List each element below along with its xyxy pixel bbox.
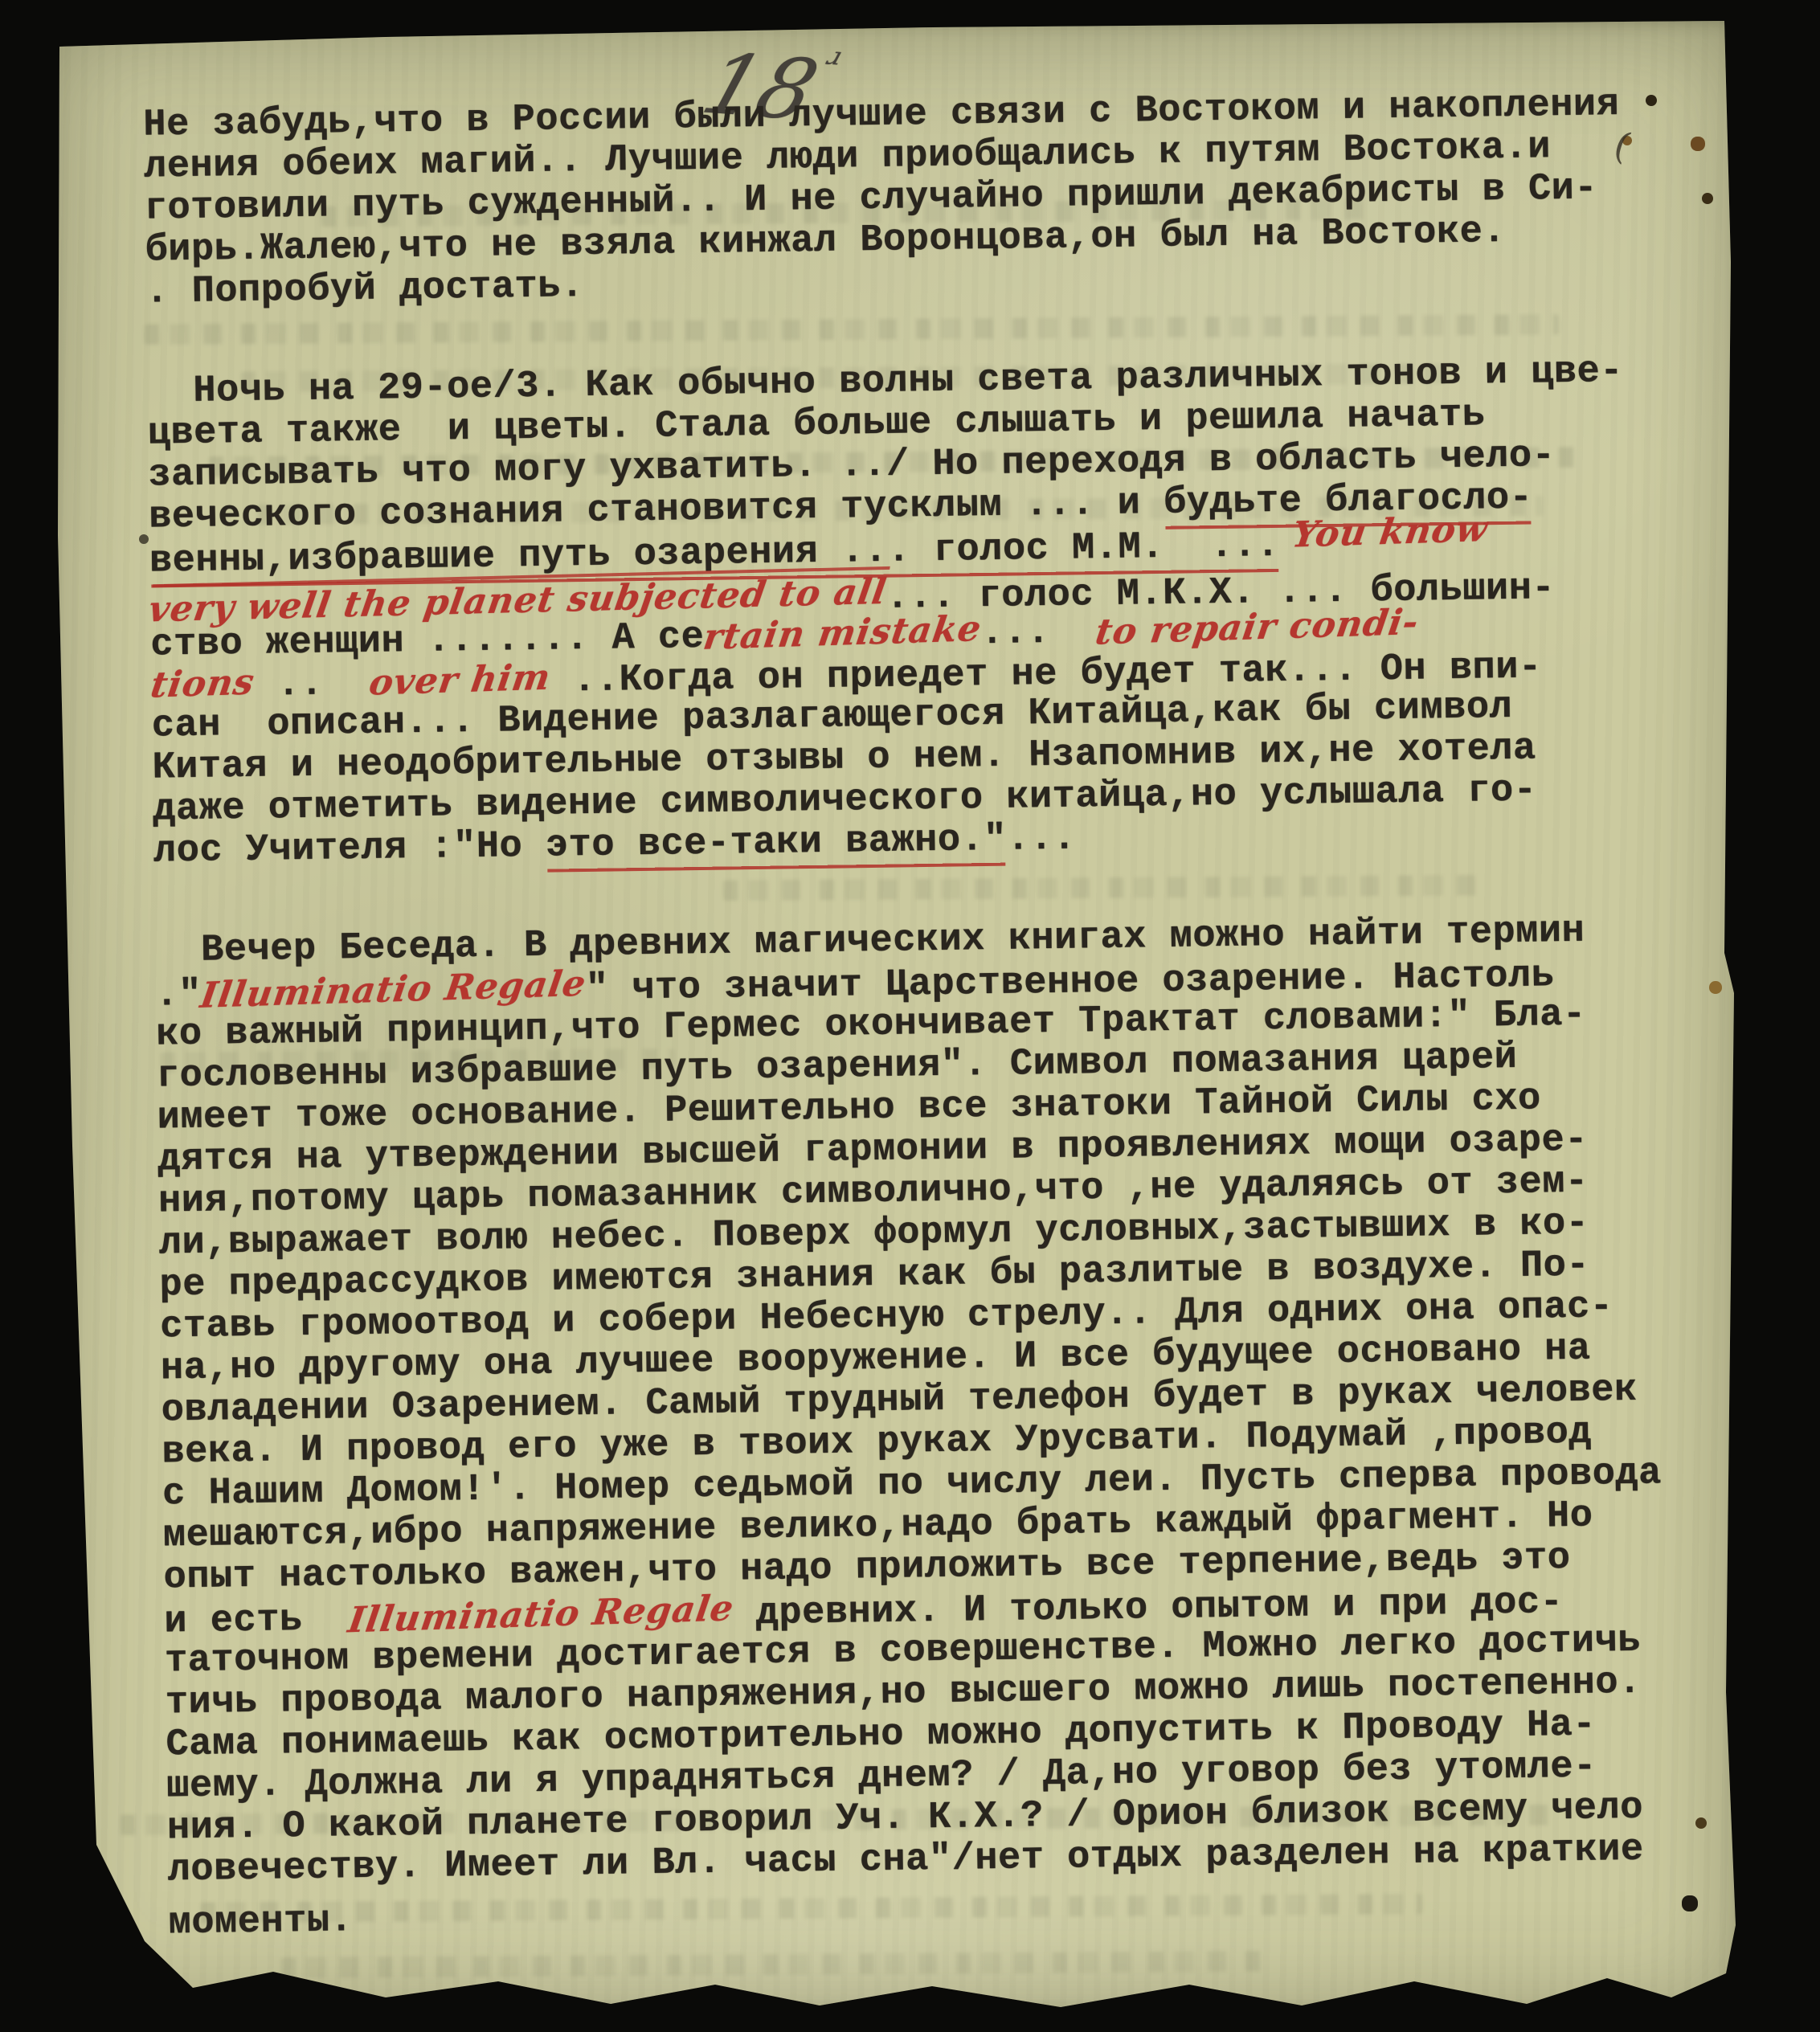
scanned-document-page: { "page_number": "18", "colors": { "back… (0, 0, 1820, 2032)
paragraph: Ночь на 29-ое/3. Как обычно волны света … (147, 350, 1713, 873)
paper-sheet: 18ʴ Не забудь,что в России были лучшие с… (48, 21, 1740, 2015)
paragraph: Вечер Беседа. В древних магических книга… (154, 909, 1727, 1944)
text-line: моменты. (168, 1881, 1728, 1944)
red-handwriting: rtain mistake (701, 608, 984, 659)
typed-segment: ." (155, 974, 202, 1017)
paragraph: Не забудь,что в России были лучшие связи… (143, 83, 1704, 313)
typed-segment: лос Учителя :"Но (153, 825, 546, 873)
red-handwriting: You know (1276, 509, 1490, 557)
typed-segment: .. (254, 663, 370, 707)
typed-segment: ... (1007, 817, 1077, 861)
typed-segment: и есть (164, 1598, 349, 1643)
paper-specks (48, 21, 53, 26)
typed-segment: моменты. (168, 1899, 353, 1944)
red-handwriting: to repair condi- (1093, 602, 1421, 654)
typed-segment: ... (980, 611, 1096, 655)
red-handwriting: over him (366, 657, 554, 705)
typed-segment: это все-таки важно." (546, 819, 1008, 869)
red-handwriting: tions (148, 662, 257, 707)
typewritten-text: Не забудь,что в России были лучшие связи… (143, 83, 1728, 2002)
typed-segment: . Попробуй достать. (145, 265, 584, 314)
